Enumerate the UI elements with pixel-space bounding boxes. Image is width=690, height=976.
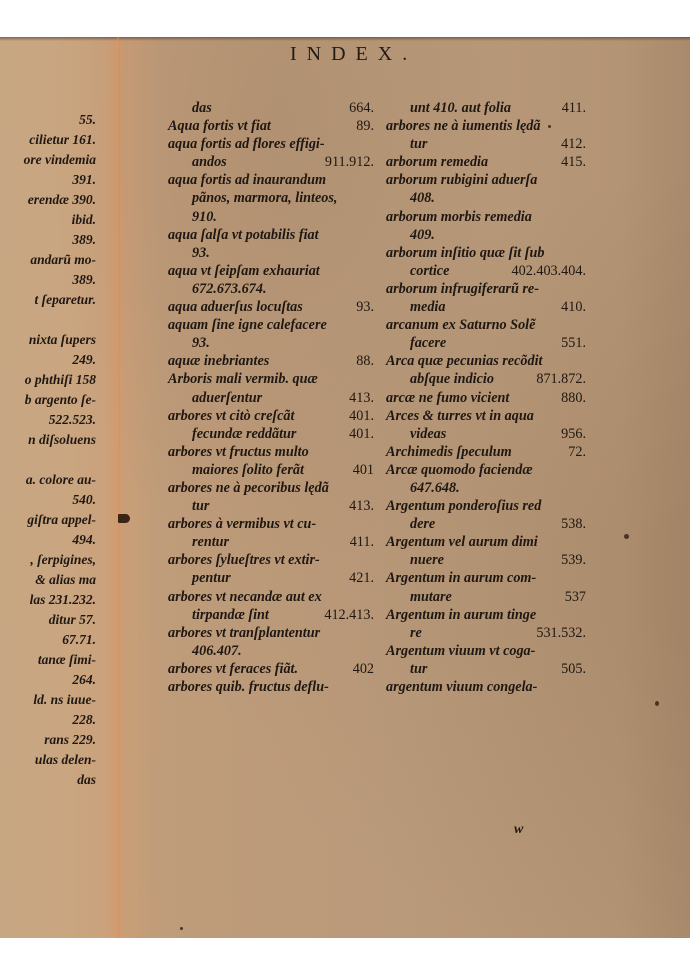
index-entry: Archimedis ſpeculum72.: [386, 443, 586, 461]
index-entry: andos911.912.: [168, 153, 374, 171]
verso-line: 228.: [0, 710, 96, 730]
index-entry: Argentum viuum vt coga-: [386, 642, 586, 660]
verso-line: 249.: [0, 350, 96, 370]
index-entry-page-number: 413.: [349, 497, 374, 515]
index-entry-text: aqua aduerſus locuſtas: [168, 298, 303, 316]
verso-line: das: [0, 770, 96, 790]
index-entry-text: Argentum ponderoſius red: [386, 497, 541, 515]
index-entry-text: das: [192, 99, 212, 117]
index-entry: arbores à vermibus vt cu-: [168, 515, 374, 533]
index-entry: arbores ne à iumentis lędã: [386, 117, 586, 135]
index-entry-text: arbores ne à pecoribus lędã: [168, 479, 329, 497]
catchword: w: [514, 822, 523, 838]
verso-line: erendæ 390.: [0, 190, 96, 210]
index-column-right: unt 410. aut folia411.arbores ne à iumen…: [386, 99, 586, 696]
verso-line: t ſeparetur.: [0, 290, 96, 310]
index-entry-text: pentur: [192, 569, 231, 587]
index-entry: tur505.: [386, 660, 586, 678]
index-entry-page-number: 551.: [561, 334, 586, 352]
index-entry-page-number: 72.: [568, 443, 586, 461]
index-entry: tur412.: [386, 135, 586, 153]
verso-line: n diſsoluens: [0, 430, 96, 450]
index-entry: Arces & turres vt in aqua: [386, 407, 586, 425]
index-entry-text: 647.648.: [410, 479, 460, 497]
index-entry-text: Argentum vel aurum dimi: [386, 533, 538, 551]
index-entry-text: arbores vt fructus multo: [168, 443, 309, 461]
index-entry-text: arbores ne à iumentis lędã: [386, 117, 541, 135]
index-entry-page-number: 401.: [349, 425, 374, 443]
index-entry-text: Arca quæ pecunias recõdit: [386, 352, 542, 370]
index-entry: aqua fortis ad inaurandum: [168, 171, 374, 189]
index-entry: arborum rubigini aduerſa: [386, 171, 586, 189]
index-entry: 910.: [168, 208, 374, 226]
index-entry-page-number: 880.: [561, 389, 586, 407]
index-entry-page-number: 956.: [561, 425, 586, 443]
index-entry: aqua vt ſeipſam exhauriat: [168, 262, 374, 280]
index-entry: videas956.: [386, 425, 586, 443]
index-entry: Argentum vel aurum dimi: [386, 533, 586, 551]
index-entry-page-number: 401: [353, 461, 374, 479]
index-entry: arborum remedia415.: [386, 153, 586, 171]
index-column-left: das664.Aqua fortis vt fiat89.aqua fortis…: [168, 99, 374, 696]
gutter-fold: [117, 37, 120, 938]
index-entry-text: media: [410, 298, 445, 316]
index-entry-text: 910.: [192, 208, 217, 226]
index-entry-text: pãnos, marmora, linteos,: [192, 189, 337, 207]
index-entry: 672.673.674.: [168, 280, 374, 298]
index-entry: facere551.: [386, 334, 586, 352]
index-entry-text: aqua fortis ad inaurandum: [168, 171, 326, 189]
index-entry: Arca quæ pecunias recõdit: [386, 352, 586, 370]
index-entry-page-number: 664.: [349, 99, 374, 117]
verso-line: b argento ſe-: [0, 390, 96, 410]
index-entry-text: 93.: [192, 334, 210, 352]
index-entry-page-number: 505.: [561, 660, 586, 678]
index-entry-text: dere: [410, 515, 435, 533]
index-entry: arcæ ne fumo vicient880.: [386, 389, 586, 407]
index-entry: cortice402.403.404.: [386, 262, 586, 280]
index-entry-text: andos: [192, 153, 227, 171]
index-entry-text: arborum morbis remedia: [386, 208, 532, 226]
index-entry: Aqua fortis vt fiat89.: [168, 117, 374, 135]
index-entry: aqua ſalſa vt potabilis fiat: [168, 226, 374, 244]
index-entry: arcanum ex Saturno Solẽ: [386, 316, 586, 334]
index-entry: arbores vt necandæ aut ex: [168, 588, 374, 606]
index-entry: arbores vt fructus multo: [168, 443, 374, 461]
index-entry-page-number: 871.872.: [536, 370, 586, 388]
index-entry-page-number: 537: [565, 588, 586, 606]
index-entry: arbores ſylueſtres vt extir-: [168, 551, 374, 569]
index-entry: arborum morbis remedia: [386, 208, 586, 226]
index-entry-text: re: [410, 624, 422, 642]
index-entry: unt 410. aut folia411.: [386, 99, 586, 117]
index-entry-text: arborum infrugiferarũ re-: [386, 280, 539, 298]
verso-line: ulas delen-: [0, 750, 96, 770]
index-entry-text: arbores vt tranſplantentur: [168, 624, 320, 642]
index-entry: media410.: [386, 298, 586, 316]
index-entry-text: 93.: [192, 244, 210, 262]
index-entry: arbores quib. fructus deflu-: [168, 678, 374, 696]
ink-speck: [655, 701, 659, 706]
index-entry: tur413.: [168, 497, 374, 515]
index-entry-page-number: 402: [353, 660, 374, 678]
verso-line: 540.: [0, 490, 96, 510]
index-entry: aduerſentur413.: [168, 389, 374, 407]
verso-line: 264.: [0, 670, 96, 690]
verso-line: & alias ma: [0, 570, 96, 590]
index-entry-text: aduerſentur: [192, 389, 262, 407]
index-entry-page-number: 410.: [561, 298, 586, 316]
index-entry: abſque indicio871.872.: [386, 370, 586, 388]
index-entry-text: arbores vt feraces fiãt.: [168, 660, 298, 678]
index-entry-text: fecundæ reddãtur: [192, 425, 296, 443]
index-entry-text: arborum rubigini aduerſa: [386, 171, 537, 189]
index-entry: pentur421.: [168, 569, 374, 587]
index-entry: argentum viuum congela-: [386, 678, 586, 696]
index-entry: Argentum in aurum com-: [386, 569, 586, 587]
index-entry: pãnos, marmora, linteos,: [168, 189, 374, 207]
index-entry: arbores vt citò creſcãt401.: [168, 407, 374, 425]
index-entry-text: Aqua fortis vt fiat: [168, 117, 271, 135]
verso-line: giſtra appel-: [0, 510, 96, 530]
index-entry-text: argentum viuum congela-: [386, 678, 537, 696]
verso-line: rans 229.: [0, 730, 96, 750]
index-entry: arborum infrugiferarũ re-: [386, 280, 586, 298]
verso-line: nixta ſupers: [0, 330, 96, 350]
index-entry-page-number: 412.413.: [324, 606, 374, 624]
index-entry: 408.: [386, 189, 586, 207]
index-entry: arborum inſitio quæ ſit ſub: [386, 244, 586, 262]
index-entry-text: abſque indicio: [410, 370, 494, 388]
verso-line: andarũ mo-: [0, 250, 96, 270]
index-entry-text: videas: [410, 425, 446, 443]
ink-speck: [180, 927, 183, 930]
verso-line: 494.: [0, 530, 96, 550]
index-entry: Arboris mali vermib. quæ: [168, 370, 374, 388]
verso-line: [0, 450, 96, 470]
index-entry-page-number: 421.: [349, 569, 374, 587]
index-entry: arbores vt tranſplantentur: [168, 624, 374, 642]
index-entry-text: Arcæ quomodo faciendæ: [386, 461, 533, 479]
index-entry-text: Argentum in aurum com-: [386, 569, 536, 587]
verso-line: 55.: [0, 110, 96, 130]
verso-line: ibid.: [0, 210, 96, 230]
index-entry-text: tirpandæ ſint: [192, 606, 269, 624]
verso-line: ore vindemia: [0, 150, 96, 170]
index-entry-text: tur: [410, 135, 427, 153]
index-entry-text: aqua vt ſeipſam exhauriat: [168, 262, 320, 280]
index-entry: 93.: [168, 244, 374, 262]
verso-line: 389.: [0, 270, 96, 290]
index-entry: aquæ inebriantes88.: [168, 352, 374, 370]
index-entry-page-number: 531.532.: [536, 624, 586, 642]
index-entry: re531.532.: [386, 624, 586, 642]
index-entry-text: mutare: [410, 588, 452, 606]
index-entry: 406.407.: [168, 642, 374, 660]
index-entry-text: Arboris mali vermib. quæ: [168, 370, 318, 388]
index-entry: Argentum in aurum tinge: [386, 606, 586, 624]
verso-line: 522.523.: [0, 410, 96, 430]
index-entry-text: Argentum in aurum tinge: [386, 606, 536, 624]
index-entry-text: arbores à vermibus vt cu-: [168, 515, 316, 533]
index-entry-text: aquæ inebriantes: [168, 352, 269, 370]
verso-line: 391.: [0, 170, 96, 190]
index-entry: fecundæ reddãtur401.: [168, 425, 374, 443]
index-entry: Arcæ quomodo faciendæ: [386, 461, 586, 479]
index-entry-text: arcæ ne fumo vicient: [386, 389, 509, 407]
index-entry: 647.648.: [386, 479, 586, 497]
index-entry-page-number: 401.: [349, 407, 374, 425]
index-entry-text: tur: [192, 497, 209, 515]
index-entry-text: arbores quib. fructus deflu-: [168, 678, 329, 696]
index-entry-text: 406.407.: [192, 642, 242, 660]
index-entry: arbores ne à pecoribus lędã: [168, 479, 374, 497]
verso-line: ld. ns iuue-: [0, 690, 96, 710]
ink-blot: [118, 514, 130, 523]
index-entry: aquam ſine igne calefacere: [168, 316, 374, 334]
index-entry-text: rentur: [192, 533, 229, 551]
index-entry-text: arborum inſitio quæ ſit ſub: [386, 244, 544, 262]
page-header: INDEX.: [290, 43, 470, 66]
index-entry-text: arborum remedia: [386, 153, 488, 171]
verso-line: o phthiſi 158: [0, 370, 96, 390]
index-entry: das664.: [168, 99, 374, 117]
index-entry-page-number: 412.: [561, 135, 586, 153]
index-entry: tirpandæ ſint412.413.: [168, 606, 374, 624]
index-entry-page-number: 89.: [356, 117, 374, 135]
index-entry-page-number: 411.: [350, 533, 374, 551]
index-entry-page-number: 402.403.404.: [512, 262, 586, 280]
index-entry: nuere539.: [386, 551, 586, 569]
index-entry: aqua aduerſus locuſtas93.: [168, 298, 374, 316]
index-entry-page-number: 93.: [356, 298, 374, 316]
verso-line: 67.71.: [0, 630, 96, 650]
verso-line: las 231.232.: [0, 590, 96, 610]
index-entry-page-number: 911.912.: [325, 153, 374, 171]
index-entry: mutare537: [386, 588, 586, 606]
index-entry: 93.: [168, 334, 374, 352]
index-entry-text: maiores ſolito ferãt: [192, 461, 304, 479]
index-entry: dere538.: [386, 515, 586, 533]
index-entry-text: cortice: [410, 262, 449, 280]
index-entry-text: 408.: [410, 189, 435, 207]
index-entry-text: Argentum viuum vt coga-: [386, 642, 535, 660]
index-entry-text: arbores vt necandæ aut ex: [168, 588, 322, 606]
verso-line: ditur 57.: [0, 610, 96, 630]
index-entry: aqua fortis ad flores effigi-: [168, 135, 374, 153]
index-entry: maiores ſolito ferãt401: [168, 461, 374, 479]
index-entry: 409.: [386, 226, 586, 244]
index-entry-page-number: 539.: [561, 551, 586, 569]
verso-page-fragment: 55.cilietur 161.ore vindemia391.erendæ 3…: [0, 110, 96, 790]
index-entry-page-number: 413.: [349, 389, 374, 407]
index-entry-page-number: 411.: [562, 99, 586, 117]
index-entry-text: arcanum ex Saturno Solẽ: [386, 316, 535, 334]
index-entry-text: tur: [410, 660, 427, 678]
verso-line: a. colore au-: [0, 470, 96, 490]
index-entry-text: facere: [410, 334, 446, 352]
index-entry-text: arbores vt citò creſcãt: [168, 407, 294, 425]
index-entry-text: 409.: [410, 226, 435, 244]
index-entry-page-number: 538.: [561, 515, 586, 533]
index-entry-text: Arces & turres vt in aqua: [386, 407, 534, 425]
index-entry-text: 672.673.674.: [192, 280, 266, 298]
verso-line: [0, 310, 96, 330]
index-entry-text: Archimedis ſpeculum: [386, 443, 512, 461]
index-entry: Argentum ponderoſius red: [386, 497, 586, 515]
index-entry-page-number: 415.: [561, 153, 586, 171]
index-entry: arbores vt feraces fiãt.402: [168, 660, 374, 678]
verso-line: , ſerpigines,: [0, 550, 96, 570]
index-entry-text: aquam ſine igne calefacere: [168, 316, 327, 334]
index-entry-text: aqua fortis ad flores effigi-: [168, 135, 325, 153]
index-entry-text: nuere: [410, 551, 444, 569]
index-entry-page-number: 88.: [356, 352, 374, 370]
index-entry-text: aqua ſalſa vt potabilis fiat: [168, 226, 319, 244]
index-entry-text: unt 410. aut folia: [410, 99, 511, 117]
ink-speck: [624, 534, 629, 539]
index-entry: rentur411.: [168, 533, 374, 551]
verso-line: cilietur 161.: [0, 130, 96, 150]
index-entry-text: arbores ſylueſtres vt extir-: [168, 551, 320, 569]
verso-line: 389.: [0, 230, 96, 250]
verso-line: tanæ ſimi-: [0, 650, 96, 670]
